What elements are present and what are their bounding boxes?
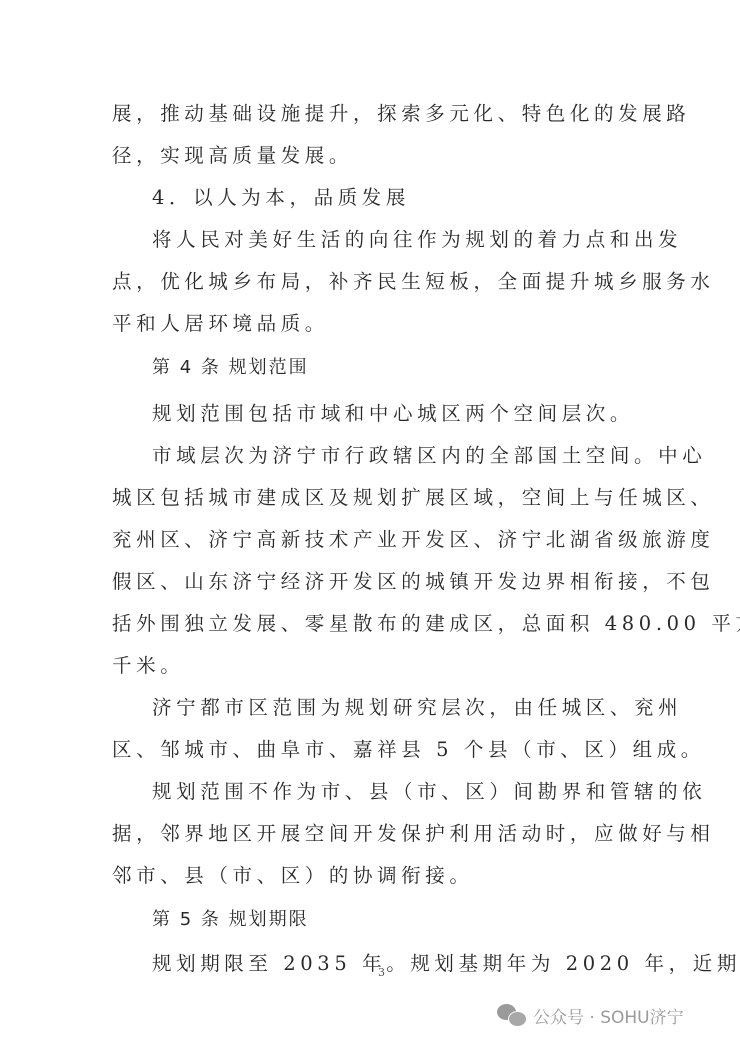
- watermark-text: 公众号 · SOHU济宁: [533, 1003, 684, 1028]
- paragraph-line: 市域层次为济宁市行政辖区内的全部国土空间。中心: [152, 444, 706, 468]
- paragraph-line: 千米。: [112, 654, 184, 678]
- paragraph-line: 邻市、县（市、区）的协调衔接。: [112, 864, 474, 888]
- paragraph-line: 据，邻界地区开展空间开发保护利用活动时，应做好与相: [112, 822, 715, 846]
- page-number: 3: [378, 966, 385, 979]
- paragraph-line: 规划范围包括市域和中心城区两个空间层次。: [152, 402, 634, 426]
- paragraph-line: 规划期限至 2035 年。规划基期年为 2020 年，近期至: [152, 952, 740, 976]
- watermark: 公众号 · SOHU济宁: [497, 1003, 684, 1028]
- paragraph-line: 平和人居环境品质。: [112, 312, 329, 336]
- paragraph-line: 括外围独立发展、零星散布的建成区，总面积 480.00 平方: [112, 612, 740, 636]
- paragraph-line: 假区、山东济宁经济开发区的城镇开发边界相衔接，不包: [112, 570, 715, 594]
- paragraph-line: 径，实现高质量发展。: [112, 144, 353, 168]
- wechat-icon: [497, 1004, 527, 1028]
- paragraph-line: 城区包括城市建成区及规划扩展区域，空间上与任城区、: [112, 486, 715, 510]
- paragraph-line: 规划范围不作为市、县（市、区）间勘界和管辖的依: [152, 780, 706, 804]
- principle-heading: 4．以人为本，品质发展: [152, 186, 410, 210]
- paragraph-line: 区、邹城市、曲阜市、嘉祥县 5 个县（市、区）组成。: [112, 738, 705, 762]
- paragraph-line: 济宁都市区范围为规划研究层次，由任城区、兖州: [152, 696, 682, 720]
- paragraph-line: 将人民对美好生活的向往作为规划的着力点和出发: [152, 228, 682, 252]
- paragraph-line: 点，优化城乡布局，补齐民生短板，全面提升城乡服务水: [112, 270, 715, 294]
- section-4-heading: 第 4 条 规划范围: [152, 356, 309, 380]
- paragraph-line: 兖州区、济宁高新技术产业开发区、济宁北湖省级旅游度: [112, 528, 715, 552]
- section-5-heading: 第 5 条 规划期限: [152, 908, 309, 932]
- paragraph-line: 展，推动基础设施提升，探索多元化、特色化的发展路: [112, 102, 690, 126]
